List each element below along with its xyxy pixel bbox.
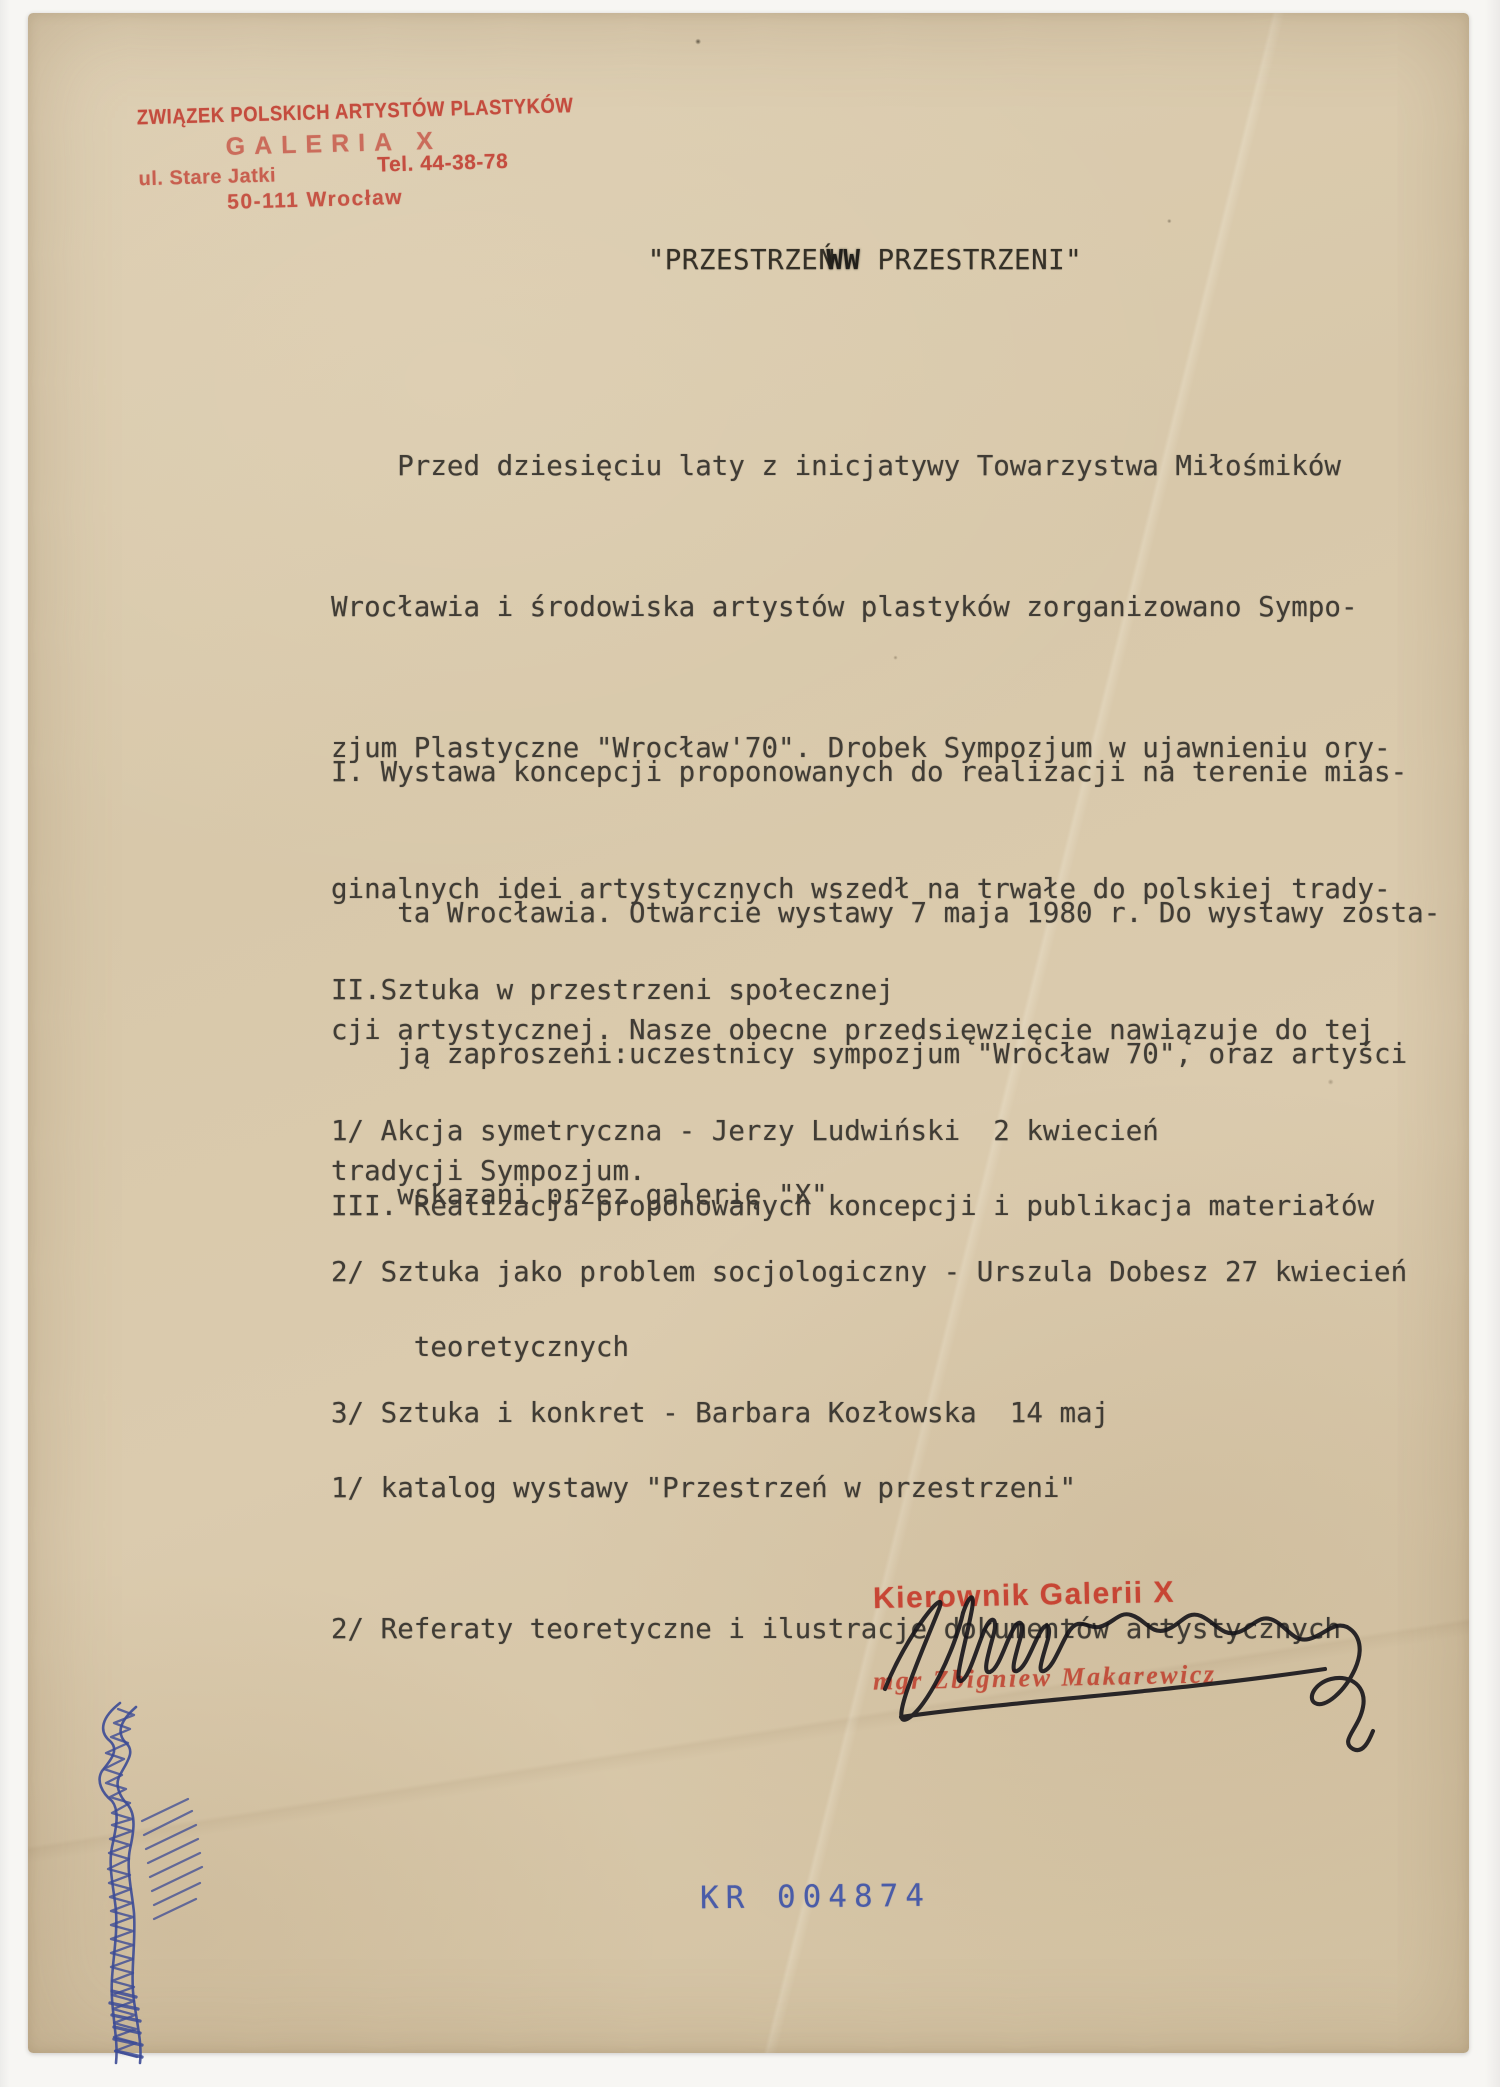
section-3-line: III. Realizacja proponowanych koncepcji … xyxy=(331,1183,1374,1230)
inventory-number-stamp: KR 004874 xyxy=(700,1878,931,1916)
handwritten-ink-signature xyxy=(863,1571,1383,1781)
stamp-organization-name: ZWIĄZEK POLSKICH ARTYSTÓW PLASTYKÓW xyxy=(137,96,491,130)
title-text-prefix: "PRZESTRZEŃ xyxy=(648,244,836,276)
section-2-line: II.Sztuka w przestrzeni społecznej xyxy=(331,967,1407,1014)
section-3-line: 1/ katalog wystawy "Przestrzeń w przestr… xyxy=(331,1465,1374,1512)
stamp-phone-number: Tel. 44-38-78 xyxy=(377,150,509,178)
document-page: ZWIĄZEK POLSKICH ARTYSTÓW PLASTYKÓW GALE… xyxy=(28,13,1469,2053)
section-1-line: I. Wystawa koncepcji proponowanych do re… xyxy=(331,749,1440,796)
header-rubber-stamp: ZWIĄZEK POLSKICH ARTYSTÓW PLASTYKÓW GALE… xyxy=(115,95,542,218)
title-text-suffix: PRZESTRZENI" xyxy=(861,244,1083,276)
ink-doodle xyxy=(56,1691,216,2071)
intro-line: Przed dziesięciu laty z inicjatywy Towar… xyxy=(331,443,1391,490)
document-title: "PRZESTRZEŃWW PRZESTRZENI" xyxy=(331,244,1399,276)
intro-line: Wrocławia i środowiska artystów plastykó… xyxy=(331,584,1391,631)
stamp-street-address: ul. Stare Jatki xyxy=(138,164,276,191)
title-overstrike-correction: WW xyxy=(826,244,860,276)
section-3-line: teoretycznych xyxy=(331,1324,1374,1371)
